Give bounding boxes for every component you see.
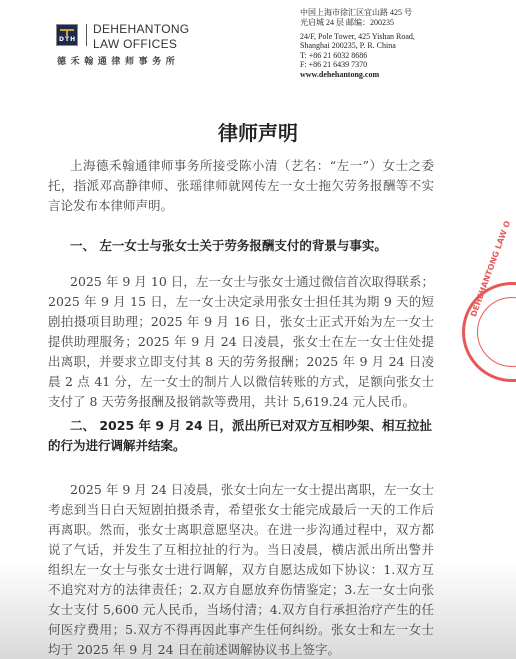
firm-name-cn: 德禾翰通律师事务所 bbox=[57, 54, 179, 67]
official-seal-stamp: DEHEHANTONG LAW O bbox=[462, 282, 516, 382]
website-link[interactable]: www.dehehantong.com bbox=[300, 70, 379, 79]
section-1-body: 2025 年 9 月 10 日，左一女士与张女士通过微信首次取得联系；2025 … bbox=[48, 272, 434, 412]
address-en-line1: 24/F, Pole Tower, 425 Yishan Road, bbox=[300, 32, 415, 41]
address-cn-line2: 光启城 24 层 邮编：200235 bbox=[300, 18, 394, 27]
page-title: 律师声明 bbox=[0, 117, 516, 146]
firm-name-en-line2: LAW OFFICES bbox=[93, 37, 177, 51]
phone-number: T: +86 21 6032 8686 bbox=[300, 51, 367, 60]
document-page: DTH DEHEHANTONG LAW OFFICES 德禾翰通律师事务所 中国… bbox=[0, 0, 516, 659]
address-cn-line1: 中国上海市徐汇区宜山路 425 号 bbox=[300, 8, 412, 17]
firm-name-en-line1: DEHEHANTONG bbox=[93, 22, 189, 36]
section-2-heading: 二、 2025 年 9 月 24 日，派出所已对双方互相吵架、相互拉扯的行为进行… bbox=[48, 416, 438, 456]
section-2-body: 2025 年 9 月 24 日凌晨，张女士向左一女士提出离职，左一女士考虑到当日… bbox=[48, 480, 434, 659]
fax-number: F: +86 21 6439 7370 bbox=[300, 60, 367, 69]
logo-divider bbox=[86, 24, 87, 46]
address-en-line2: Shanghai 200235, P. R. China bbox=[300, 41, 396, 50]
firm-logo-icon: DTH bbox=[56, 24, 78, 46]
intro-paragraph: 上海德禾翰通律师事务所接受陈小清（艺名：“左一”）女士之委托，指派邓高静律师、张… bbox=[48, 156, 434, 216]
section-1-heading: 一、 左一女士与张女士关于劳务报酬支付的背景与事实。 bbox=[48, 236, 438, 256]
